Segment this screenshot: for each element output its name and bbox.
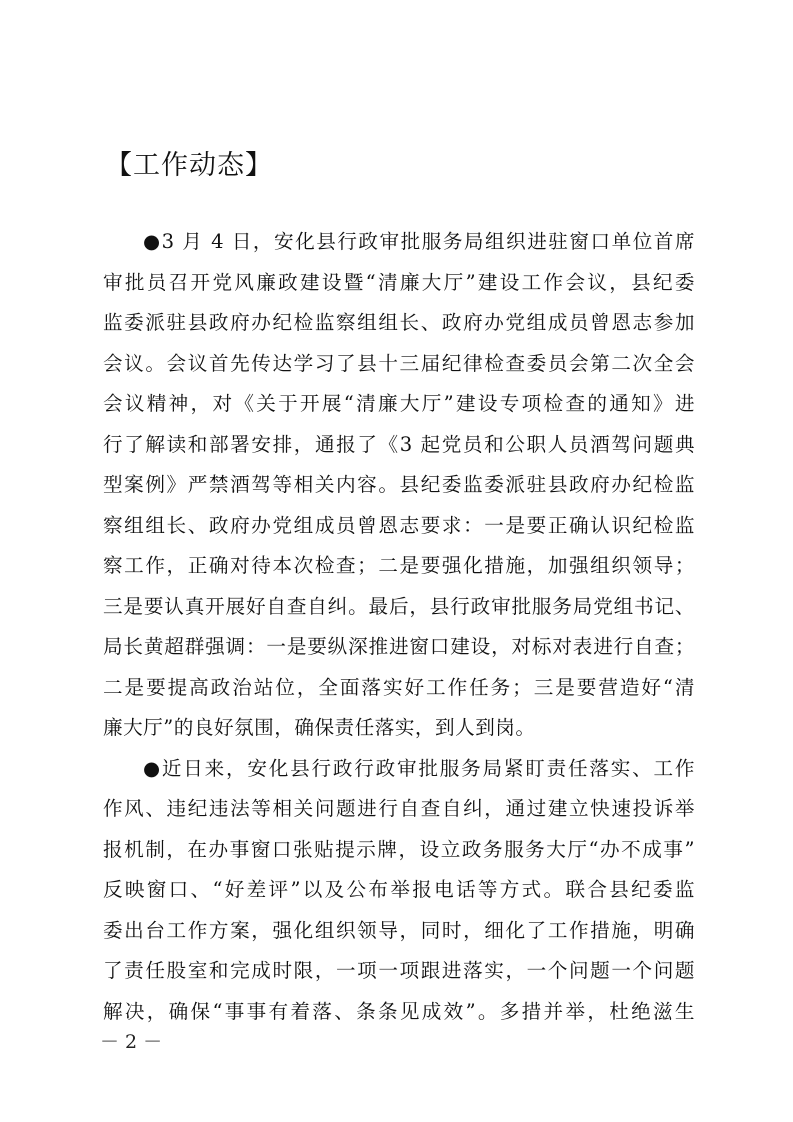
paragraph-meeting: ●3 月 4 日，安化县行政审批服务局组织进驻窗口单位首席 审批员召开党风廉政建…	[103, 222, 695, 749]
text-line: 二是要提高政治站位，全面落实好工作任务；三是要营造好“清	[103, 668, 695, 709]
text-line: 会议精神，对《关于开展“清廉大厅”建设专项检查的通知》进	[103, 384, 695, 425]
document-body: ●3 月 4 日，安化县行政审批服务局组织进驻窗口单位首席 审批员召开党风廉政建…	[103, 222, 695, 1032]
paragraph-self-inspection: ●近日来，安化县行政行政审批服务局紧盯责任落实、工作 作风、违纪违法等相关问题进…	[103, 749, 695, 1033]
text-line: 三是要认真开展好自查自纠。最后，县行政审批服务局党组书记、	[103, 587, 695, 628]
text-line: ●3 月 4 日，安化县行政审批服务局组织进驻窗口单位首席	[103, 222, 695, 263]
text-line: 廉大厅”的良好氛围，确保责任落实，到人到岗。	[103, 708, 695, 749]
text-line: 察组组长、政府办党组成员曾恩志要求：一是要正确认识纪检监	[103, 506, 695, 547]
text-line: 行了解读和部署安排，通报了《3 起党员和公职人员酒驾问题典	[103, 425, 695, 466]
text-line: 解决，确保“事事有着落、条条见成效”。多措并举，杜绝滋生	[103, 992, 695, 1033]
text-line: ●近日来，安化县行政行政审批服务局紧盯责任落实、工作	[103, 749, 695, 790]
text-line: 报机制，在办事窗口张贴提示牌，设立政务服务大厅“办不成事”	[103, 830, 695, 871]
section-heading: 【工作动态】	[105, 143, 273, 182]
page-number: － 2 －	[100, 1027, 162, 1054]
text-line: 了责任股室和完成时限，一项一项跟进落实，一个问题一个问题	[103, 951, 695, 992]
text-line: 局长黄超群强调：一是要纵深推进窗口建设，对标对表进行自查；	[103, 627, 695, 668]
text-line: 委出台工作方案，强化组织领导，同时，细化了工作措施，明确	[103, 911, 695, 952]
text-line: 察工作，正确对待本次检查；二是要强化措施，加强组织领导；	[103, 546, 695, 587]
text-line: 作风、违纪违法等相关问题进行自查自纠，通过建立快速投诉举	[103, 789, 695, 830]
text-line: 监委派驻县政府办纪检监察组组长、政府办党组成员曾恩志参加	[103, 303, 695, 344]
text-line: 审批员召开党风廉政建设暨“清廉大厅”建设工作会议，县纪委	[103, 263, 695, 304]
text-line: 会议。会议首先传达学习了县十三届纪律检查委员会第二次全会	[103, 344, 695, 385]
text-line: 型案例》严禁酒驾等相关内容。县纪委监委派驻县政府办纪检监	[103, 465, 695, 506]
text-line: 反映窗口、“好差评”以及公布举报电话等方式。联合县纪委监	[103, 870, 695, 911]
